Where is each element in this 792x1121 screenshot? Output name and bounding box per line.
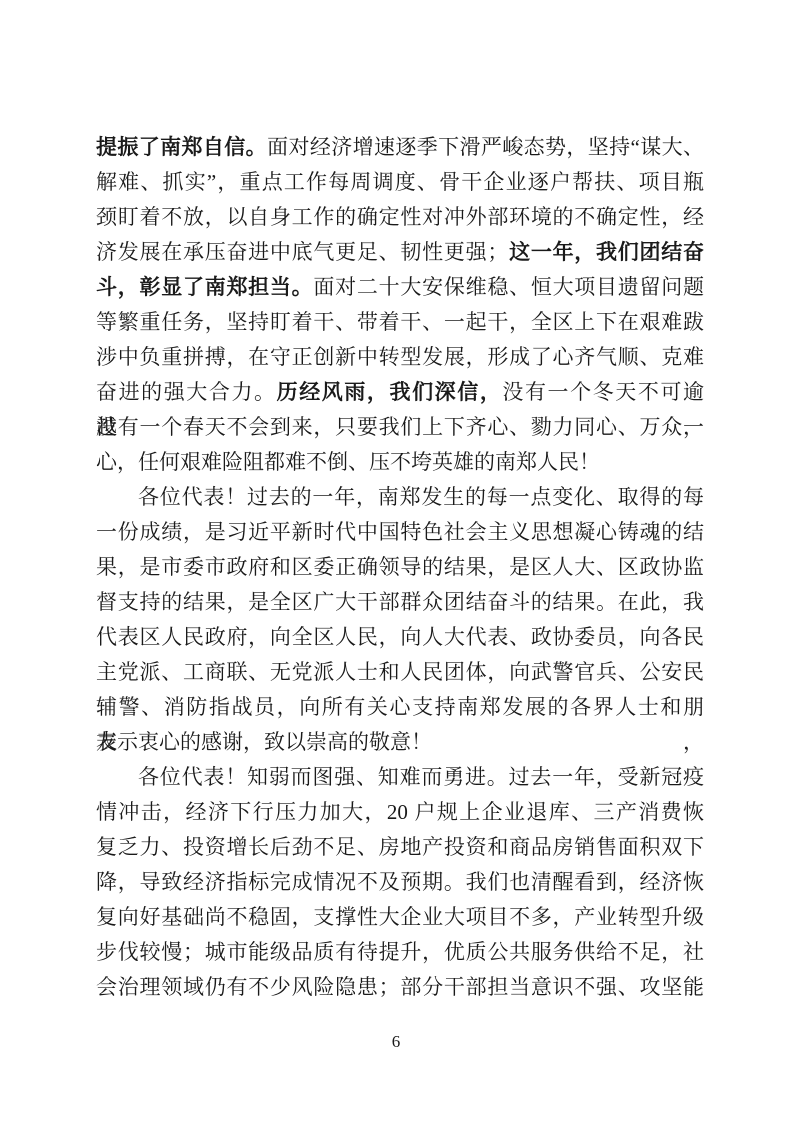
bold-text-segment: 提振了南郑自信。 (96, 135, 267, 159)
text-line: 济发展在承压奋进中底气更足、韧性更强；这一年，我们团结奋 (96, 235, 704, 270)
bold-text-segment: 斗，彰显了南郑担当。 (96, 275, 313, 299)
text-line: 督支持的结果，是全区广大干部群众团结奋斗的结果。在此，我 (96, 585, 704, 620)
text-segment: 面对二十大安保维稳、恒大项目遗留问题 (313, 275, 704, 299)
text-line: 降，导致经济指标完成情况不及预期。我们也清醒看到，经济恢 (96, 865, 704, 900)
text-line: 颈盯着不放，以自身工作的确定性对冲外部环境的不确定性，经 (96, 200, 704, 235)
text-segment: 济发展在承压奋进中底气更足、韧性更强； (96, 240, 508, 264)
document-page: 提振了南郑自信。面对经济增速逐季下滑严峻态势，坚持“谋大、解难、抓实”，重点工作… (0, 0, 792, 1121)
document-body: 提振了南郑自信。面对经济增速逐季下滑严峻态势，坚持“谋大、解难、抓实”，重点工作… (96, 130, 704, 1005)
text-segment: 等繁重任务，坚持盯着干、带着干、一起干，全区上下在艰难跋 (96, 310, 704, 334)
text-line: 会治理领域仍有不少风险隐患；部分干部担当意识不强、攻坚能 (96, 970, 704, 1005)
text-line: 各位代表！过去的一年，南郑发生的每一点变化、取得的每 (96, 480, 704, 515)
text-line: 复乏力、投资增长后劲不足、房地产投资和商品房销售面积双下 (96, 830, 704, 865)
text-line: 步伐较慢；城市能级品质有待提升，优质公共服务供给不足，社 (96, 935, 704, 970)
text-segment: 代表区人民政府，向全区人民，向人大代表、政协委员，向各民 (96, 625, 704, 649)
text-line: 果，是市委市政府和区委正确领导的结果，是区人大、区政协监 (96, 550, 704, 585)
page-number: 6 (0, 1030, 792, 1054)
text-segment: 涉中负重拼搏，在守正创新中转型发展，形成了心齐气顺、克难 (96, 345, 704, 369)
text-line: 解难、抓实”，重点工作每周调度、骨干企业逐户帮扶、项目瓶 (96, 165, 704, 200)
text-segment: 复乏力、投资增长后劲不足、房地产投资和商品房销售面积双下 (96, 835, 704, 859)
text-segment: 颈盯着不放，以自身工作的确定性对冲外部环境的不确定性，经 (96, 205, 704, 229)
text-segment: 主党派、工商联、无党派人士和人民团体，向武警官兵、公安民 (96, 660, 704, 684)
text-line: 代表区人民政府，向全区人民，向人大代表、政协委员，向各民 (96, 620, 704, 655)
text-line: 复向好基础尚不稳固，支撑性大企业大项目不多，产业转型升级 (96, 900, 704, 935)
text-segment: 督支持的结果，是全区广大干部群众团结奋斗的结果。在此，我 (96, 590, 704, 614)
text-segment: 情冲击，经济下行压力加大，20 户规上企业退库、三产消费恢 (96, 800, 704, 824)
text-line: 情冲击，经济下行压力加大，20 户规上企业退库、三产消费恢 (96, 795, 704, 830)
text-segment: 心，任何艰难险阻都难不倒、压不垮英雄的南郑人民！ (96, 450, 600, 474)
text-line: 各位代表！知弱而图强、知难而勇进。过去一年，受新冠疫 (96, 760, 704, 795)
text-line: 心，任何艰难险阻都难不倒、压不垮英雄的南郑人民！ (96, 445, 704, 480)
text-segment: 没有一个春天不会到来，只要我们上下齐心、勠力同心、万众一 (96, 415, 704, 439)
text-line: 一份成绩，是习近平新时代中国特色社会主义思想凝心铸魂的结 (96, 515, 704, 550)
text-line: 斗，彰显了南郑担当。面对二十大安保维稳、恒大项目遗留问题 (96, 270, 704, 305)
text-line: 奋进的强大合力。历经风雨，我们深信，没有一个冬天不可逾越， (96, 375, 704, 410)
text-segment: 会治理领域仍有不少风险隐患；部分干部担当意识不强、攻坚能 (96, 975, 704, 999)
text-segment: 解难、抓实”，重点工作每周调度、骨干企业逐户帮扶、项目瓶 (96, 170, 704, 194)
text-line: 辅警、消防指战员，向所有关心支持南郑发展的各界人士和朋友， (96, 690, 704, 725)
text-segment: 各位代表！知弱而图强、知难而勇进。过去一年，受新冠疫 (138, 765, 704, 789)
text-line: 提振了南郑自信。面对经济增速逐季下滑严峻态势，坚持“谋大、 (96, 130, 704, 165)
text-segment: 奋进的强大合力。 (96, 380, 277, 404)
text-segment: 果，是市委市政府和区委正确领导的结果，是区人大、区政协监 (96, 555, 704, 579)
text-line: 没有一个春天不会到来，只要我们上下齐心、勠力同心、万众一 (96, 410, 704, 445)
text-segment: 一份成绩，是习近平新时代中国特色社会主义思想凝心铸魂的结 (96, 520, 704, 544)
text-line: 主党派、工商联、无党派人士和人民团体，向武警官兵、公安民 (96, 655, 704, 690)
text-segment: 表示衷心的感谢，致以崇高的敬意！ (96, 730, 432, 754)
text-segment: 复向好基础尚不稳固，支撑性大企业大项目不多，产业转型升级 (96, 905, 704, 929)
text-segment: 降，导致经济指标完成情况不及预期。我们也清醒看到，经济恢 (96, 870, 704, 894)
text-line: 涉中负重拼搏，在守正创新中转型发展，形成了心齐气顺、克难 (96, 340, 704, 375)
text-segment: 步伐较慢；城市能级品质有待提升，优质公共服务供给不足，社 (96, 940, 704, 964)
text-line: 等繁重任务，坚持盯着干、带着干、一起干，全区上下在艰难跋 (96, 305, 704, 340)
text-segment: 面对经济增速逐季下滑严峻态势，坚持“谋大、 (267, 135, 704, 159)
text-segment: 各位代表！过去的一年，南郑发生的每一点变化、取得的每 (138, 485, 704, 509)
bold-text-segment: 历经风雨，我们深信， (277, 380, 503, 404)
bold-text-segment: 这一年，我们团结奋 (508, 240, 704, 264)
